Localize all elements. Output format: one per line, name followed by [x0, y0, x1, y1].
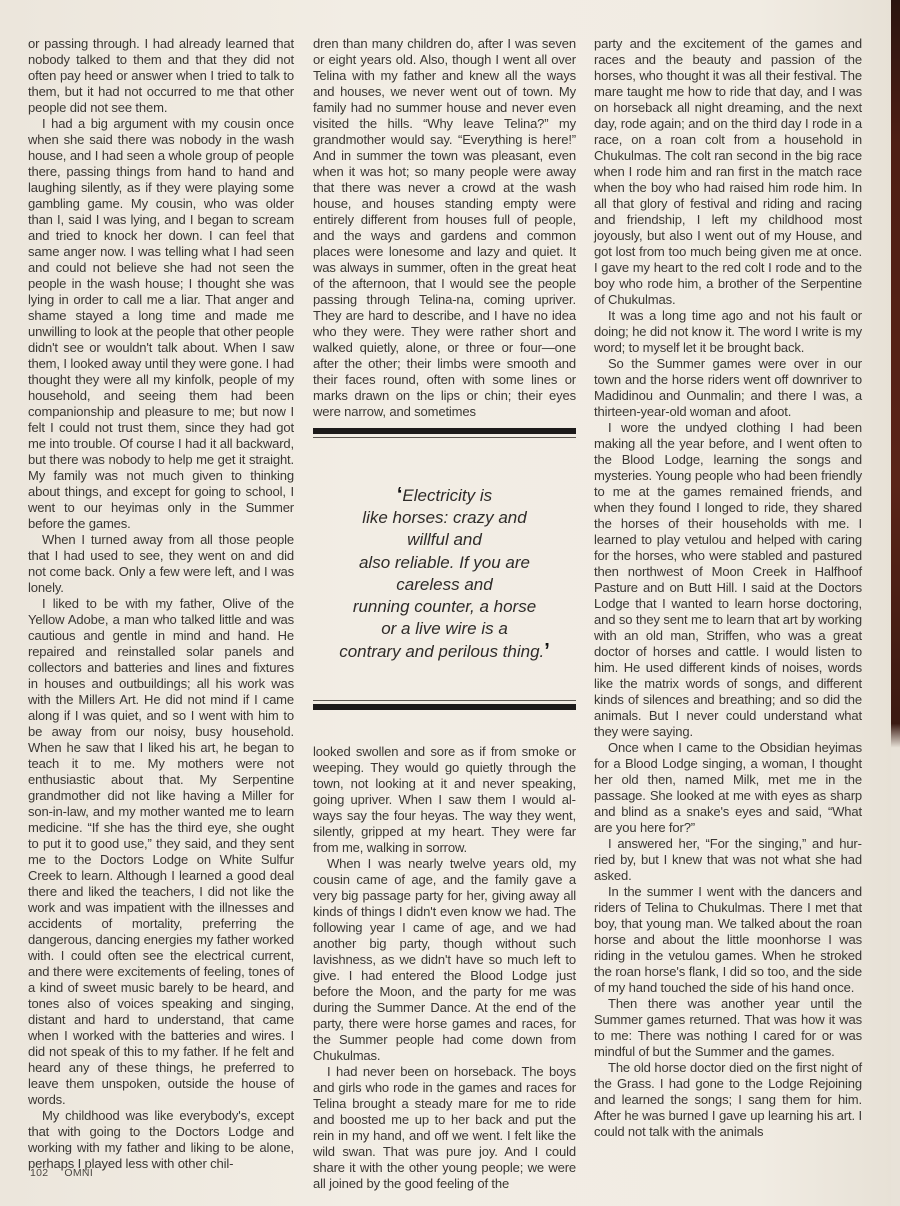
paragraph: In the summer I went with the dancers an…: [594, 884, 862, 996]
paragraph: party and the excitement of the games an…: [594, 36, 862, 308]
pull-quote: ‘Electricity is like horses: crazy and w…: [313, 428, 576, 714]
magazine-page: or passing through. I had already learne…: [0, 0, 892, 1206]
close-quote-icon: ’: [544, 640, 550, 662]
thin-rule-divider: [313, 700, 576, 701]
thick-rule-divider: [313, 428, 576, 434]
paragraph: Once when I came to the Obsidian heyi­ma…: [594, 740, 862, 836]
column-2-upper-text: dren than many children do, after I was …: [313, 36, 576, 420]
pull-quote-line: willful and: [313, 529, 576, 551]
pull-quote-text: ‘Electricity is like horses: crazy and w…: [313, 484, 576, 664]
column-2-lower-text: looked swollen and sore as if from smoke…: [313, 744, 576, 1192]
pull-quote-line: also reliable. If you are: [313, 552, 576, 574]
paragraph: It was a long time ago and not his fault…: [594, 308, 862, 356]
pull-quote-line: careless and: [313, 574, 576, 596]
paragraph: or passing through. I had already learne…: [28, 36, 294, 116]
pull-quote-bottom-rule: [313, 700, 576, 710]
page-binding-edge: [891, 0, 900, 1206]
paragraph: So the Summer games were over in our tow…: [594, 356, 862, 420]
paragraph: I liked to be with my father, Olive of t…: [28, 596, 294, 1108]
paragraph: looked swollen and sore as if from smoke…: [313, 744, 576, 856]
thick-rule-divider: [313, 704, 576, 710]
paragraph: When I was nearly twelve years old, my c…: [313, 856, 576, 1064]
pull-quote-line: ‘Electricity is: [313, 484, 576, 507]
thin-rule-divider: [313, 437, 576, 438]
paragraph: I answered her, “For the singing,” and h…: [594, 836, 862, 884]
paragraph: I had never been on horseback. The boys …: [313, 1064, 576, 1192]
page-number: 102: [30, 1167, 48, 1179]
paragraph: The old horse doctor died on the first n…: [594, 1060, 862, 1140]
paragraph: Then there was another year until the Su…: [594, 996, 862, 1060]
paragraph: I wore the undyed clothing I had been ma…: [594, 420, 862, 740]
paragraph: My childhood was like everybody's, ex­ce…: [28, 1108, 294, 1172]
pull-quote-line: contrary and perilous thing.’: [313, 640, 576, 663]
pull-quote-line: like horses: crazy and: [313, 507, 576, 529]
text-column-1: or passing through. I had already learne…: [28, 36, 294, 1172]
paragraph: I had a big argument with my cousin once…: [28, 116, 294, 532]
paragraph: dren than many children do, after I was …: [313, 36, 576, 420]
page-folio: 102OMNI: [30, 1167, 109, 1179]
paragraph: When I turned away from all those people…: [28, 532, 294, 596]
pull-quote-line: or a live wire is a: [313, 618, 576, 640]
pull-quote-line: running counter, a horse: [313, 596, 576, 618]
publication-name: OMNI: [64, 1167, 93, 1179]
pull-quote-top-rule: [313, 428, 576, 438]
text-column-3: party and the excitement of the games an…: [594, 36, 862, 1140]
